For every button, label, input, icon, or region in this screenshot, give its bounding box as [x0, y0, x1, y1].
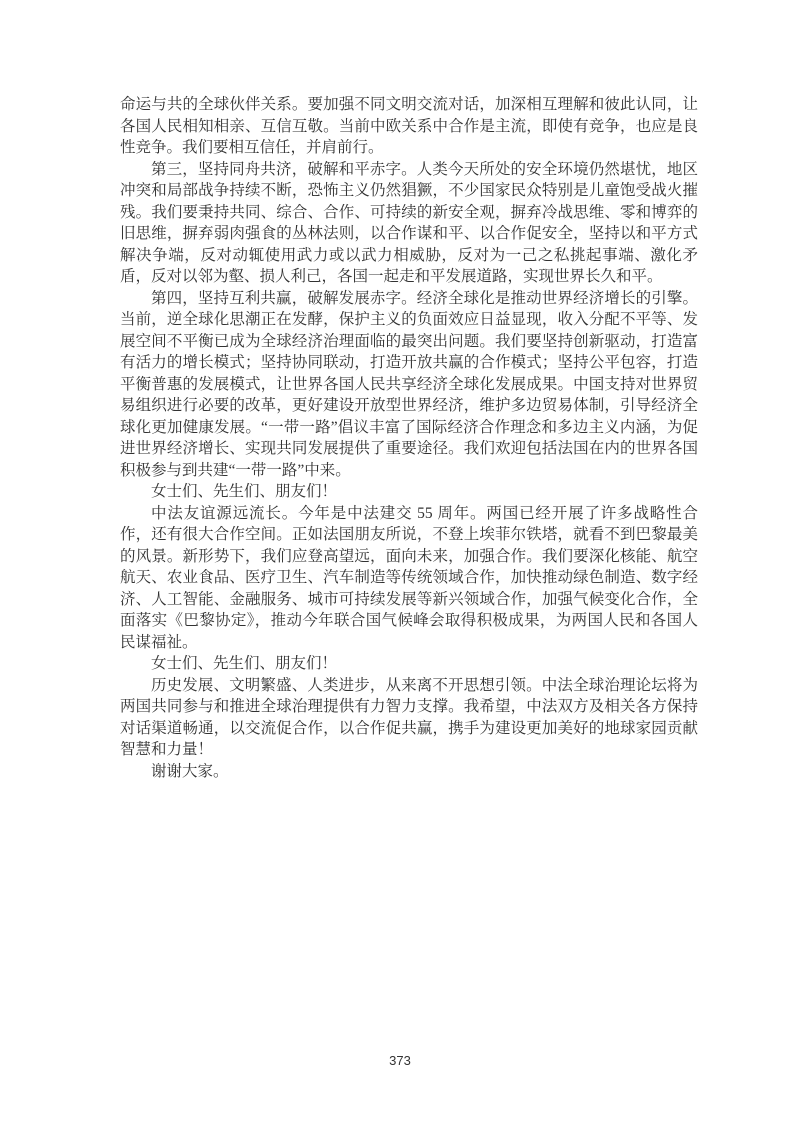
speech-text-block: 命运与共的全球伙伴关系。要加强不同文明交流对话，加深相互理解和彼此认同，让各国人…	[120, 94, 698, 782]
paragraph-china-france-friendship: 中法友谊源远流长。今年是中法建交 55 周年。两国已经开展了许多战略性合作，还有…	[120, 503, 698, 654]
document-page: 命运与共的全球伙伴关系。要加强不同文明交流对话，加深相互理解和彼此认同，让各国人…	[0, 0, 800, 1133]
paragraph-salutation-1: 女士们、先生们、朋友们！	[120, 481, 698, 503]
paragraph-point-four: 第四，坚持互利共赢，破解发展赤字。经济全球化是推动世界经济增长的引擎。当前，逆全…	[120, 288, 698, 482]
page-number: 373	[0, 1053, 800, 1068]
paragraph-closing-remarks: 历史发展、文明繁盛、人类进步，从来离不开思想引领。中法全球治理论坛将为两国共同参…	[120, 675, 698, 761]
paragraph-thanks: 谢谢大家。	[120, 761, 698, 783]
paragraph-salutation-2: 女士们、先生们、朋友们！	[120, 653, 698, 675]
paragraph-point-three: 第三，坚持同舟共济，破解和平赤字。人类今天所处的安全环境仍然堪忧，地区冲突和局部…	[120, 159, 698, 288]
paragraph-continuation: 命运与共的全球伙伴关系。要加强不同文明交流对话，加深相互理解和彼此认同，让各国人…	[120, 94, 698, 159]
